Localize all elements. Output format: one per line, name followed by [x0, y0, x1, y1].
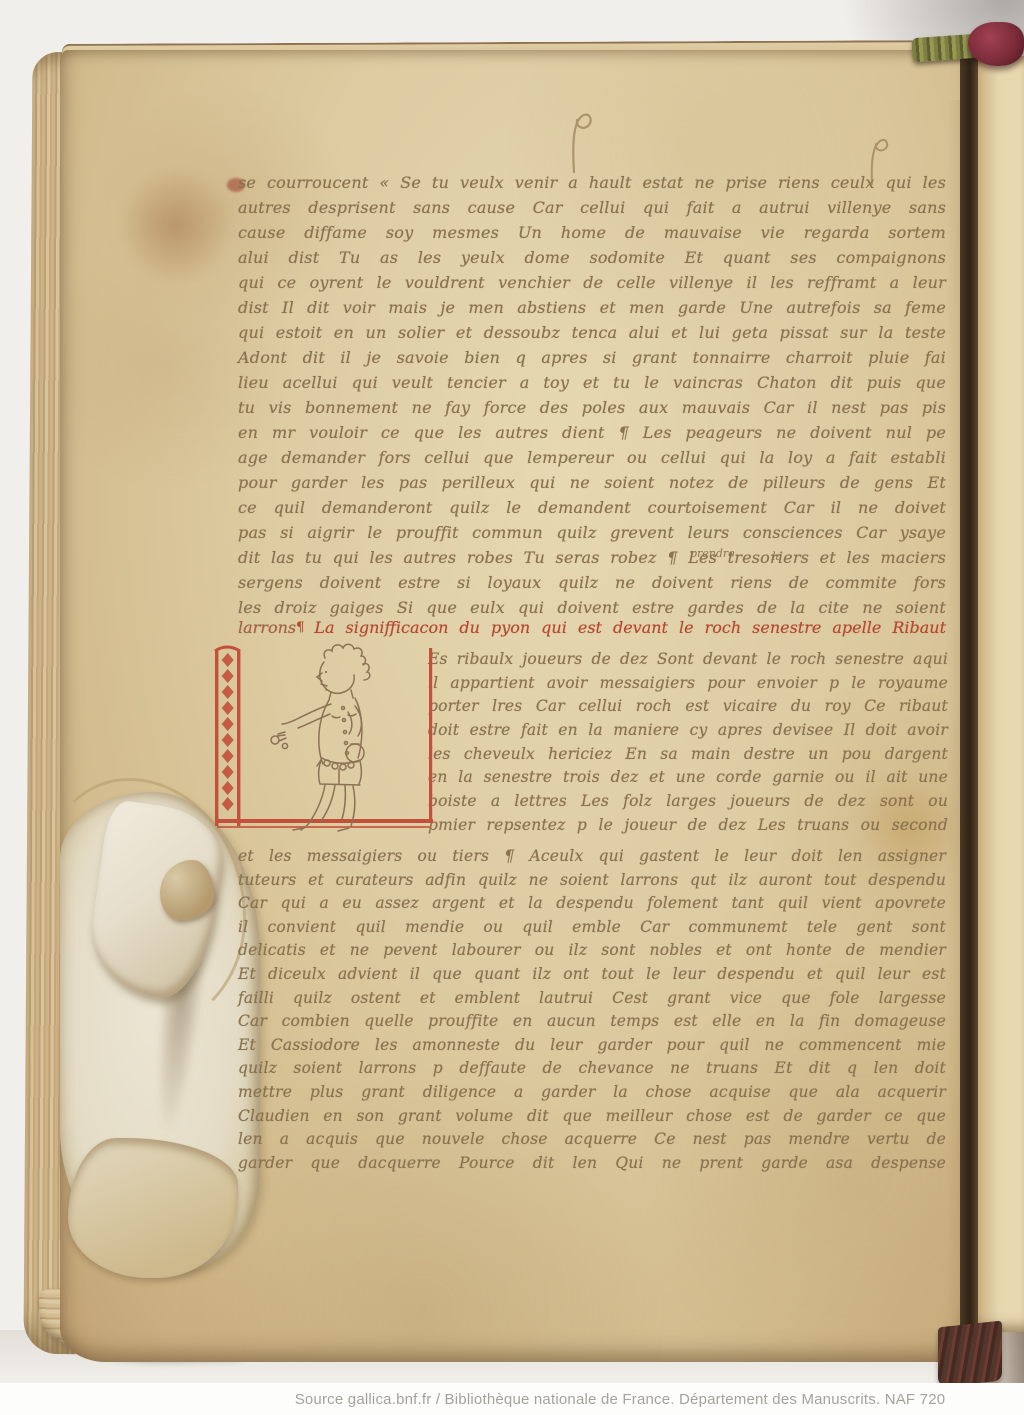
- interlinear-note: la: [772, 550, 782, 563]
- interlinear-note: prendre: [690, 547, 735, 560]
- manuscript-text-line: en la senestre trois dez et une corde ga…: [428, 766, 948, 790]
- manuscript-text-line: Et Cassiodore les amonneste du leur gard…: [238, 1034, 946, 1058]
- manuscript-text-line: lieu acellui qui veult tencier a toy et …: [238, 370, 946, 395]
- rubric-text: La signifficacon du pyon qui est devant …: [314, 616, 946, 640]
- manuscript-text-line: ce quil demanderont quilz le demandent c…: [238, 495, 946, 520]
- illuminated-initial-L: [205, 642, 440, 832]
- manuscript-text-line: dist Il dit voir mais je men abstiens et…: [238, 295, 946, 320]
- manuscript-text-line: sergens doivent estre si loyaux quilz ne…: [238, 570, 946, 595]
- manuscript-text-line: garder que dacquerre Pource dit len Qui …: [238, 1152, 946, 1176]
- manuscript-text-line: qui ce oyrent le vouldrent venchier de c…: [238, 270, 946, 295]
- manuscript-text-line: dit las tu qui les autres robes Tu seras…: [238, 545, 946, 570]
- manuscript-text-line: il convient quil mendie ou quil emble Ca…: [238, 916, 946, 940]
- initial-frame: [215, 647, 433, 828]
- manuscript-text-line: quilz soient larrons p deffaute de cheva…: [238, 1057, 946, 1081]
- gallica-source-caption: Source gallica.bnf.fr / Bibliothèque nat…: [0, 1383, 1024, 1415]
- spine-fragment: [938, 1321, 1002, 1388]
- manuscript-text-line: pour garder les pas perilleux qui ne soi…: [238, 470, 946, 495]
- manuscript-text-line: Car combien quelle prouffite en aucun te…: [238, 1010, 946, 1034]
- ribaut-figure-drawing: [271, 644, 370, 831]
- rubric-prefix: larrons: [238, 616, 296, 640]
- manuscript-text-line: cause diffame soy mesmes Un home de mauv…: [238, 220, 946, 245]
- manuscript-text-line: tuteurs et curateurs adfin quilz ne soie…: [238, 869, 946, 893]
- manuscript-text-line: mettre plus grant diligence a garder la …: [238, 1081, 946, 1105]
- manuscript-text-line: failli quilz ostent et emblent lautrui C…: [238, 987, 946, 1011]
- manuscript-text-line: porter lres Car cellui roch est vicaire …: [428, 695, 948, 719]
- rubric-line: larrons ¶ La signifficacon du pyon qui e…: [238, 616, 946, 640]
- text-block-upper: se courroucent « Se tu veulx venir a hau…: [238, 170, 946, 620]
- manuscript-text-line: et les messaigiers ou tiers ¶ Aceulx qui…: [238, 845, 946, 869]
- manuscript-text-line: age demander fors cellui que lempereur o…: [238, 445, 946, 470]
- endband-knob: [968, 22, 1024, 66]
- manuscript-text-line: pas si aigrir le prouffit commun quilz g…: [238, 520, 946, 545]
- manuscript-text-line: Car qui a eu assez argent et la despendu…: [238, 892, 946, 916]
- text-block-lower: et les messaigiers ou tiers ¶ Aceulx qui…: [238, 845, 946, 1175]
- manuscript-text-line: alui dist Tu as les yeulx dome sodomite …: [238, 245, 946, 270]
- caption-text: Source gallica.bnf.fr / Bibliothèque nat…: [295, 1391, 946, 1408]
- manuscript-scan: se courroucent « Se tu veulx venir a hau…: [0, 0, 1024, 1415]
- manuscript-text-line: len a acquis que nouvele chose acquerre …: [238, 1128, 946, 1152]
- manuscript-text-line: boiste a lettres Les folz larges joueurs…: [428, 790, 948, 814]
- manuscript-text-line: les cheveulx hericiez En sa main destre …: [428, 743, 948, 767]
- manuscript-text-line: tu vis bonnement ne fay force des poles …: [238, 395, 946, 420]
- ascender-flourish: [562, 112, 602, 174]
- manuscript-text-line: Claudien en son grant volume dit que mei…: [238, 1105, 946, 1129]
- text-block-beside-miniature: Es ribaulx joueurs de dez Sont devant le…: [428, 648, 948, 838]
- manuscript-text-line: se courroucent « Se tu veulx venir a hau…: [238, 170, 946, 195]
- manuscript-text-line: autres desprisent sans cause Car cellui …: [238, 195, 946, 220]
- manuscript-text-line: Adont dit il je savoie bien q apres si g…: [238, 345, 946, 370]
- manuscript-text-line: Et diceulx advient il que quant ilz ont …: [238, 963, 946, 987]
- manuscript-text-line: delicatis et ne pevent labourer ou ilz s…: [238, 939, 946, 963]
- manuscript-text-line: pmier repsentez p le joueur de dez Les t…: [428, 814, 948, 838]
- manuscript-text-line: doit estre fait en la maniere cy apres d…: [428, 719, 948, 743]
- manuscript-text-line: il appartient avoir messaigiers pour env…: [428, 672, 948, 696]
- manuscript-text-line: Es ribaulx joueurs de dez Sont devant le…: [428, 648, 948, 672]
- manuscript-text-line: qui estoit en un solier et dessoubz tenc…: [238, 320, 946, 345]
- manuscript-text-line: en mr vouloir ce que les autres dient ¶ …: [238, 420, 946, 445]
- paraph-mark-icon: ¶: [296, 616, 304, 640]
- facing-page-edge: [978, 56, 1024, 1332]
